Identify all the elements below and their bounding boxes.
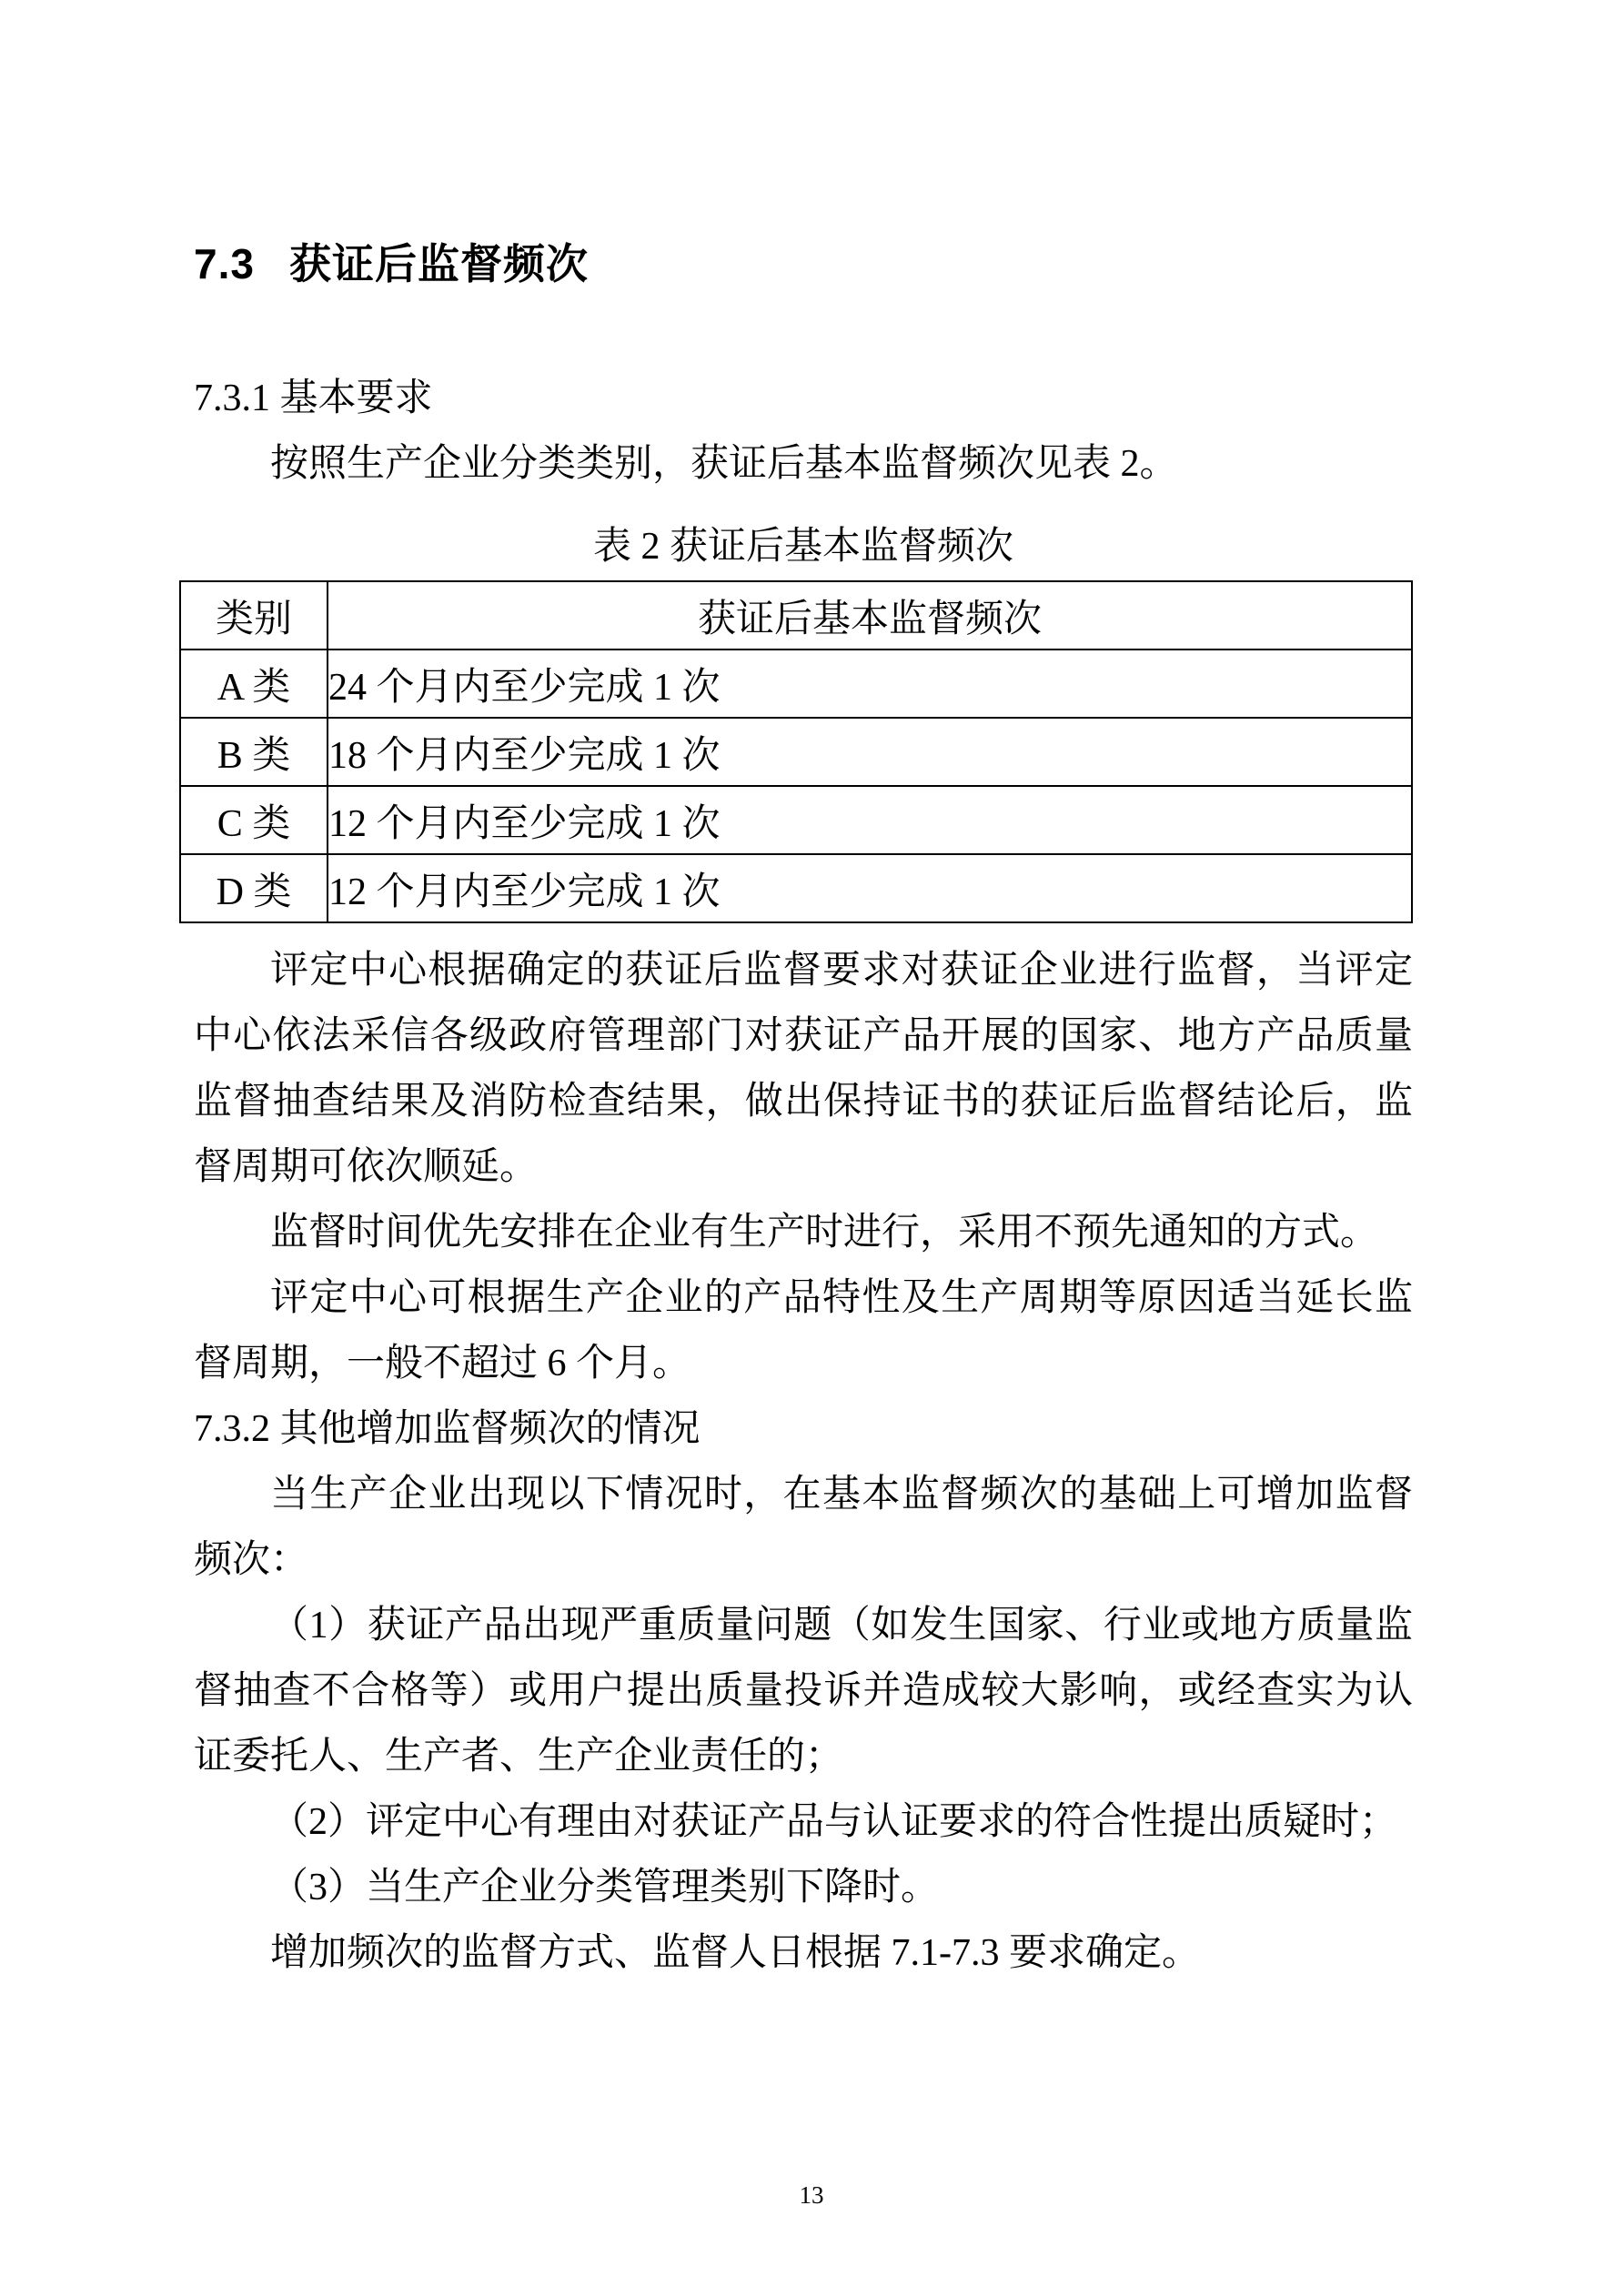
page-number: 13 [0,2180,1623,2210]
cell-frequency: 12 个月内至少完成 1 次 [328,786,1412,854]
header-cell-category: 类别 [180,581,328,650]
paragraph-extension: 评定中心可根据生产企业的产品特性及生产周期等原因适当延长监督周期，一般不超过 6… [194,1265,1413,1396]
header-cell-frequency: 获证后基本监督频次 [328,581,1412,650]
table-header-row: 类别 获证后基本监督频次 [180,581,1412,650]
table-row: C 类 12 个月内至少完成 1 次 [180,786,1412,854]
intro-paragraph: 按照生产企业分类类别，获证后基本监督频次见表 2。 [194,431,1413,497]
cell-frequency: 24 个月内至少完成 1 次 [328,650,1412,718]
cell-category: D 类 [180,854,328,922]
section-heading-number: 7.3 [194,240,255,287]
table-row: B 类 18 个月内至少完成 1 次 [180,718,1412,786]
paragraph-timing: 监督时间优先安排在企业有生产时进行，采用不预先通知的方式。 [194,1200,1413,1265]
cell-frequency: 18 个月内至少完成 1 次 [328,718,1412,786]
list-item-2: （2）评定中心有理由对获证产品与认证要求的符合性提出质疑时； [194,1789,1413,1855]
page-content: 7.3获证后监督频次 7.3.1 基本要求 按照生产企业分类类别，获证后基本监督… [194,0,1413,1986]
paragraph-supervision: 评定中心根据确定的获证后监督要求对获证企业进行监督，当评定中心依法采信各级政府管… [194,938,1413,1200]
paragraph-condition-intro: 当生产企业出现以下情况时，在基本监督频次的基础上可增加监督频次： [194,1462,1413,1593]
body-text: 评定中心根据确定的获证后监督要求对获证企业进行监督，当评定中心依法采信各级政府管… [194,938,1413,1986]
document-page: 7.3获证后监督频次 7.3.1 基本要求 按照生产企业分类类别，获证后基本监督… [0,0,1623,2296]
table-caption: 表 2 获证后基本监督频次 [194,524,1413,569]
paragraph-final: 增加频次的监督方式、监督人日根据 7.1-7.3 要求确定。 [194,1920,1413,1986]
cell-category: C 类 [180,786,328,854]
cell-frequency: 12 个月内至少完成 1 次 [328,854,1412,922]
cell-category: A 类 [180,650,328,718]
section-heading: 7.3获证后监督频次 [194,237,1413,291]
subsection-732-heading: 7.3.2 其他增加监督频次的情况 [194,1396,1413,1462]
table-row: D 类 12 个月内至少完成 1 次 [180,854,1412,922]
cell-category: B 类 [180,718,328,786]
list-item-3: （3）当生产企业分类管理类别下降时。 [194,1855,1413,1920]
subsection-731-heading: 7.3.1 基本要求 [194,366,1413,431]
list-item-1: （1）获证产品出现严重质量问题（如发生国家、行业或地方质量监督抽查不合格等）或用… [194,1593,1413,1789]
table-row: A 类 24 个月内至少完成 1 次 [180,650,1412,718]
supervision-frequency-table: 类别 获证后基本监督频次 A 类 24 个月内至少完成 1 次 B 类 18 个… [179,580,1413,923]
section-heading-title: 获证后监督频次 [289,240,589,287]
